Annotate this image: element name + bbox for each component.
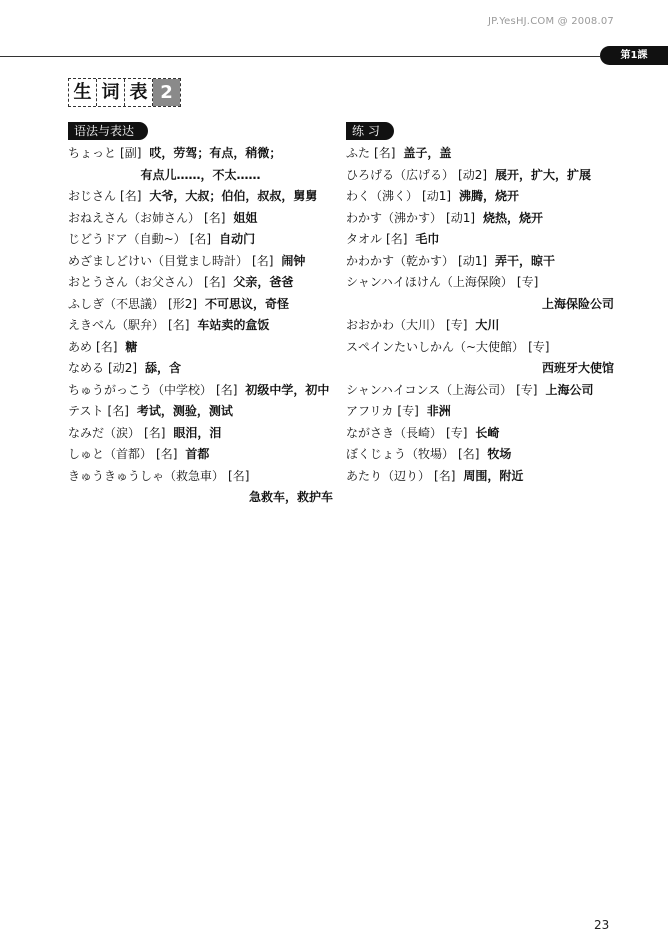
part-of-speech: [名] [228, 469, 249, 483]
vocab-entry: おねえさん（お姉さん）[名]姐姐 [68, 208, 333, 230]
vocab-meaning: 大爷，大叔；伯伯，叔叔，舅舅 [149, 189, 317, 203]
vocab-reading: おおかわ（大川） [346, 318, 442, 332]
vocab-entry: おおかわ（大川）[专]大川 [346, 315, 614, 337]
exercise-column: 练 习 ふた[名]盖子，盖ひろげる（広げる）[动2]展开，扩大，扩展わく（沸く）… [346, 120, 614, 487]
vocab-reading: きゅうきゅうしゃ（救急車） [68, 469, 224, 483]
vocab-entry: しゅと（首都）[名]首都 [68, 444, 333, 466]
vocab-entry: ちゅうがっこう（中学校）[名]初级中学，初中 [68, 380, 333, 402]
vocab-entry: シャンハイほけん（上海保険）[专] [346, 272, 614, 294]
part-of-speech: [名] [216, 383, 237, 397]
page-title: 生 词 表 2 [68, 78, 181, 107]
vocab-entry: テスト[名]考试，测验，测试 [68, 401, 333, 423]
part-of-speech: [形2] [168, 297, 197, 311]
part-of-speech: [专] [446, 318, 467, 332]
vocab-meaning: 糖 [125, 340, 137, 354]
vocab-reading: テスト [68, 404, 104, 418]
vocab-meaning: 不可思议，奇怪 [205, 297, 289, 311]
part-of-speech: [专] [397, 404, 418, 418]
vocab-entry: わかす（沸かす）[动1]烧热，烧开 [346, 208, 614, 230]
part-of-speech: [名] [144, 426, 165, 440]
vocab-meaning: 非洲 [427, 404, 451, 418]
part-of-speech: [名] [434, 469, 455, 483]
watermark: JP.YesHJ.COM @ 2008.07 [488, 16, 614, 27]
vocab-reading: ぼくじょう（牧場） [346, 447, 454, 461]
vocab-reading: アフリカ [346, 404, 393, 418]
vocab-meaning: 周围，附近 [463, 469, 523, 483]
vocab-reading: しゅと（首都） [68, 447, 152, 461]
part-of-speech: [名] [252, 254, 273, 268]
vocab-entry: アフリカ[专]非洲 [346, 401, 614, 423]
part-of-speech: [名] [386, 232, 407, 246]
title-char: 生 [69, 79, 97, 106]
part-of-speech: [名] [120, 189, 141, 203]
vocab-reading: じどうドア（自動~） [68, 232, 186, 246]
vocab-meaning: 眼泪，泪 [173, 426, 221, 440]
vocab-reading: めざましどけい（目覚まし時計） [68, 254, 248, 268]
vocab-reading: ちょっと [68, 146, 116, 160]
vocab-reading: ふしぎ（不思議） [68, 297, 164, 311]
vocab-entry: ふた[名]盖子，盖 [346, 143, 614, 165]
part-of-speech: [专] [446, 426, 467, 440]
vocab-reading: ながさき（長崎） [346, 426, 442, 440]
vocab-entry: スペインたいしかん（~大使館）[专] [346, 337, 614, 359]
part-of-speech: [名] [96, 340, 117, 354]
vocab-reading: ひろげる（広げる） [346, 168, 454, 182]
part-of-speech: [名] [190, 232, 211, 246]
vocab-meaning: 上海公司 [545, 383, 593, 397]
part-of-speech: [动2] [458, 168, 487, 182]
vocab-reading: なみだ（涙） [68, 426, 140, 440]
vocab-meaning-continued: 上海保险公司 [346, 294, 614, 316]
vocab-meaning: 沸腾，烧开 [459, 189, 519, 203]
vocab-meaning-continued: 有点儿……，不太…… [68, 165, 333, 187]
vocab-reading: わかす（沸かす） [346, 211, 442, 225]
vocab-meaning: 自动门 [219, 232, 255, 246]
title-char: 词 [97, 79, 125, 106]
vocab-meaning: 盖子，盖 [403, 146, 451, 160]
section-label-exercise: 练 习 [346, 122, 394, 140]
vocab-reading: おとうさん（お父さん） [68, 275, 200, 289]
vocab-entry: きゅうきゅうしゃ（救急車）[名] [68, 466, 333, 488]
vocab-reading: ふた [346, 146, 370, 160]
part-of-speech: [名] [204, 275, 225, 289]
vocab-reading: タオル [346, 232, 382, 246]
vocab-reading: スペインたいしかん（~大使館） [346, 340, 524, 354]
vocab-reading: おねえさん（お姉さん） [68, 211, 200, 225]
part-of-speech: [动1] [422, 189, 451, 203]
part-of-speech: [动1] [458, 254, 487, 268]
vocab-entry: ひろげる（広げる）[动2]展开，扩大，扩展 [346, 165, 614, 187]
part-of-speech: [名] [108, 404, 129, 418]
vocab-reading: あたり（辺り） [346, 469, 430, 483]
vocab-reading: わく（沸く） [346, 189, 418, 203]
vocab-entry: じどうドア（自動~）[名]自动门 [68, 229, 333, 251]
vocab-entry: あたり（辺り）[名]周围，附近 [346, 466, 614, 488]
vocab-meaning: 大川 [475, 318, 499, 332]
vocab-meaning: 展开，扩大，扩展 [495, 168, 591, 182]
vocab-entry: えきべん（駅弁）[名]车站卖的盒饭 [68, 315, 333, 337]
vocab-entry: ふしぎ（不思議）[形2]不可思议，奇怪 [68, 294, 333, 316]
vocab-meaning-continued: 急救车，救护车 [68, 487, 333, 509]
vocab-entry: かわかす（乾かす）[动1]弄干，晾干 [346, 251, 614, 273]
vocab-entry: なめる[动2]舔，含 [68, 358, 333, 380]
part-of-speech: [副] [120, 146, 141, 160]
vocab-reading: シャンハイコンス（上海公司） [346, 383, 512, 397]
vocab-meaning: 姐姐 [233, 211, 257, 225]
vocab-meaning: 牧场 [487, 447, 511, 461]
title-char: 表 [125, 79, 153, 106]
part-of-speech: [名] [156, 447, 177, 461]
part-of-speech: [动1] [446, 211, 475, 225]
vocab-meaning: 闹钟 [281, 254, 305, 268]
part-of-speech: [名] [374, 146, 395, 160]
vocab-meaning: 烧热，烧开 [483, 211, 543, 225]
vocab-entry: おじさん[名]大爷，大叔；伯伯，叔叔，舅舅 [68, 186, 333, 208]
vocab-meaning: 哎，劳驾；有点，稍微； [149, 146, 281, 160]
section-label-grammar: 语法与表达 [68, 122, 148, 140]
vocab-entry: わく（沸く）[动1]沸腾，烧开 [346, 186, 614, 208]
vocab-meaning: 长崎 [475, 426, 499, 440]
vocab-meaning: 车站卖的盒饭 [197, 318, 269, 332]
vocab-list: ふた[名]盖子，盖ひろげる（広げる）[动2]展开，扩大，扩展わく（沸く）[动1]… [346, 143, 614, 487]
vocab-meaning: 首都 [185, 447, 209, 461]
vocab-entry: ちょっと[副]哎，劳驾；有点，稍微； [68, 143, 333, 165]
vocab-meaning-continued: 西班牙大使馆 [346, 358, 614, 380]
vocab-reading: えきべん（駅弁） [68, 318, 164, 332]
vocab-entry: ぼくじょう（牧場）[名]牧场 [346, 444, 614, 466]
grammar-expression-column: 语法与表达 ちょっと[副]哎，劳驾；有点，稍微；有点儿……，不太……おじさん[名… [68, 120, 333, 509]
vocab-entry: なみだ（涙）[名]眼泪，泪 [68, 423, 333, 445]
lesson-tab: 第1課 [600, 46, 668, 65]
vocab-meaning: 初级中学，初中 [245, 383, 329, 397]
vocab-reading: あめ [68, 340, 92, 354]
part-of-speech: [名] [168, 318, 189, 332]
part-of-speech: [专] [517, 275, 538, 289]
vocab-meaning: 考试，测验，测试 [137, 404, 233, 418]
part-of-speech: [动2] [108, 361, 137, 375]
page-number: 23 [594, 918, 609, 932]
vocab-entry: ながさき（長崎）[专]长崎 [346, 423, 614, 445]
vocab-entry: シャンハイコンス（上海公司）[专]上海公司 [346, 380, 614, 402]
vocab-reading: おじさん [68, 189, 116, 203]
vocab-entry: おとうさん（お父さん）[名]父亲，爸爸 [68, 272, 333, 294]
vocab-entry: めざましどけい（目覚まし時計）[名]闹钟 [68, 251, 333, 273]
part-of-speech: [名] [458, 447, 479, 461]
vocab-reading: なめる [68, 361, 104, 375]
vocab-meaning: 舔，含 [145, 361, 181, 375]
part-of-speech: [专] [516, 383, 537, 397]
vocab-entry: タオル[名]毛巾 [346, 229, 614, 251]
vocab-meaning: 弄干，晾干 [495, 254, 555, 268]
vocab-reading: ちゅうがっこう（中学校） [68, 383, 212, 397]
header-rule [0, 56, 600, 57]
vocab-meaning: 毛巾 [415, 232, 439, 246]
vocab-list: ちょっと[副]哎，劳驾；有点，稍微；有点儿……，不太……おじさん[名]大爷，大叔… [68, 143, 333, 509]
vocab-reading: かわかす（乾かす） [346, 254, 454, 268]
part-of-speech: [专] [528, 340, 549, 354]
vocab-entry: あめ[名]糖 [68, 337, 333, 359]
part-of-speech: [名] [204, 211, 225, 225]
vocab-reading: シャンハイほけん（上海保険） [346, 275, 513, 289]
title-number: 2 [153, 79, 180, 106]
vocab-meaning: 父亲，爸爸 [233, 275, 293, 289]
